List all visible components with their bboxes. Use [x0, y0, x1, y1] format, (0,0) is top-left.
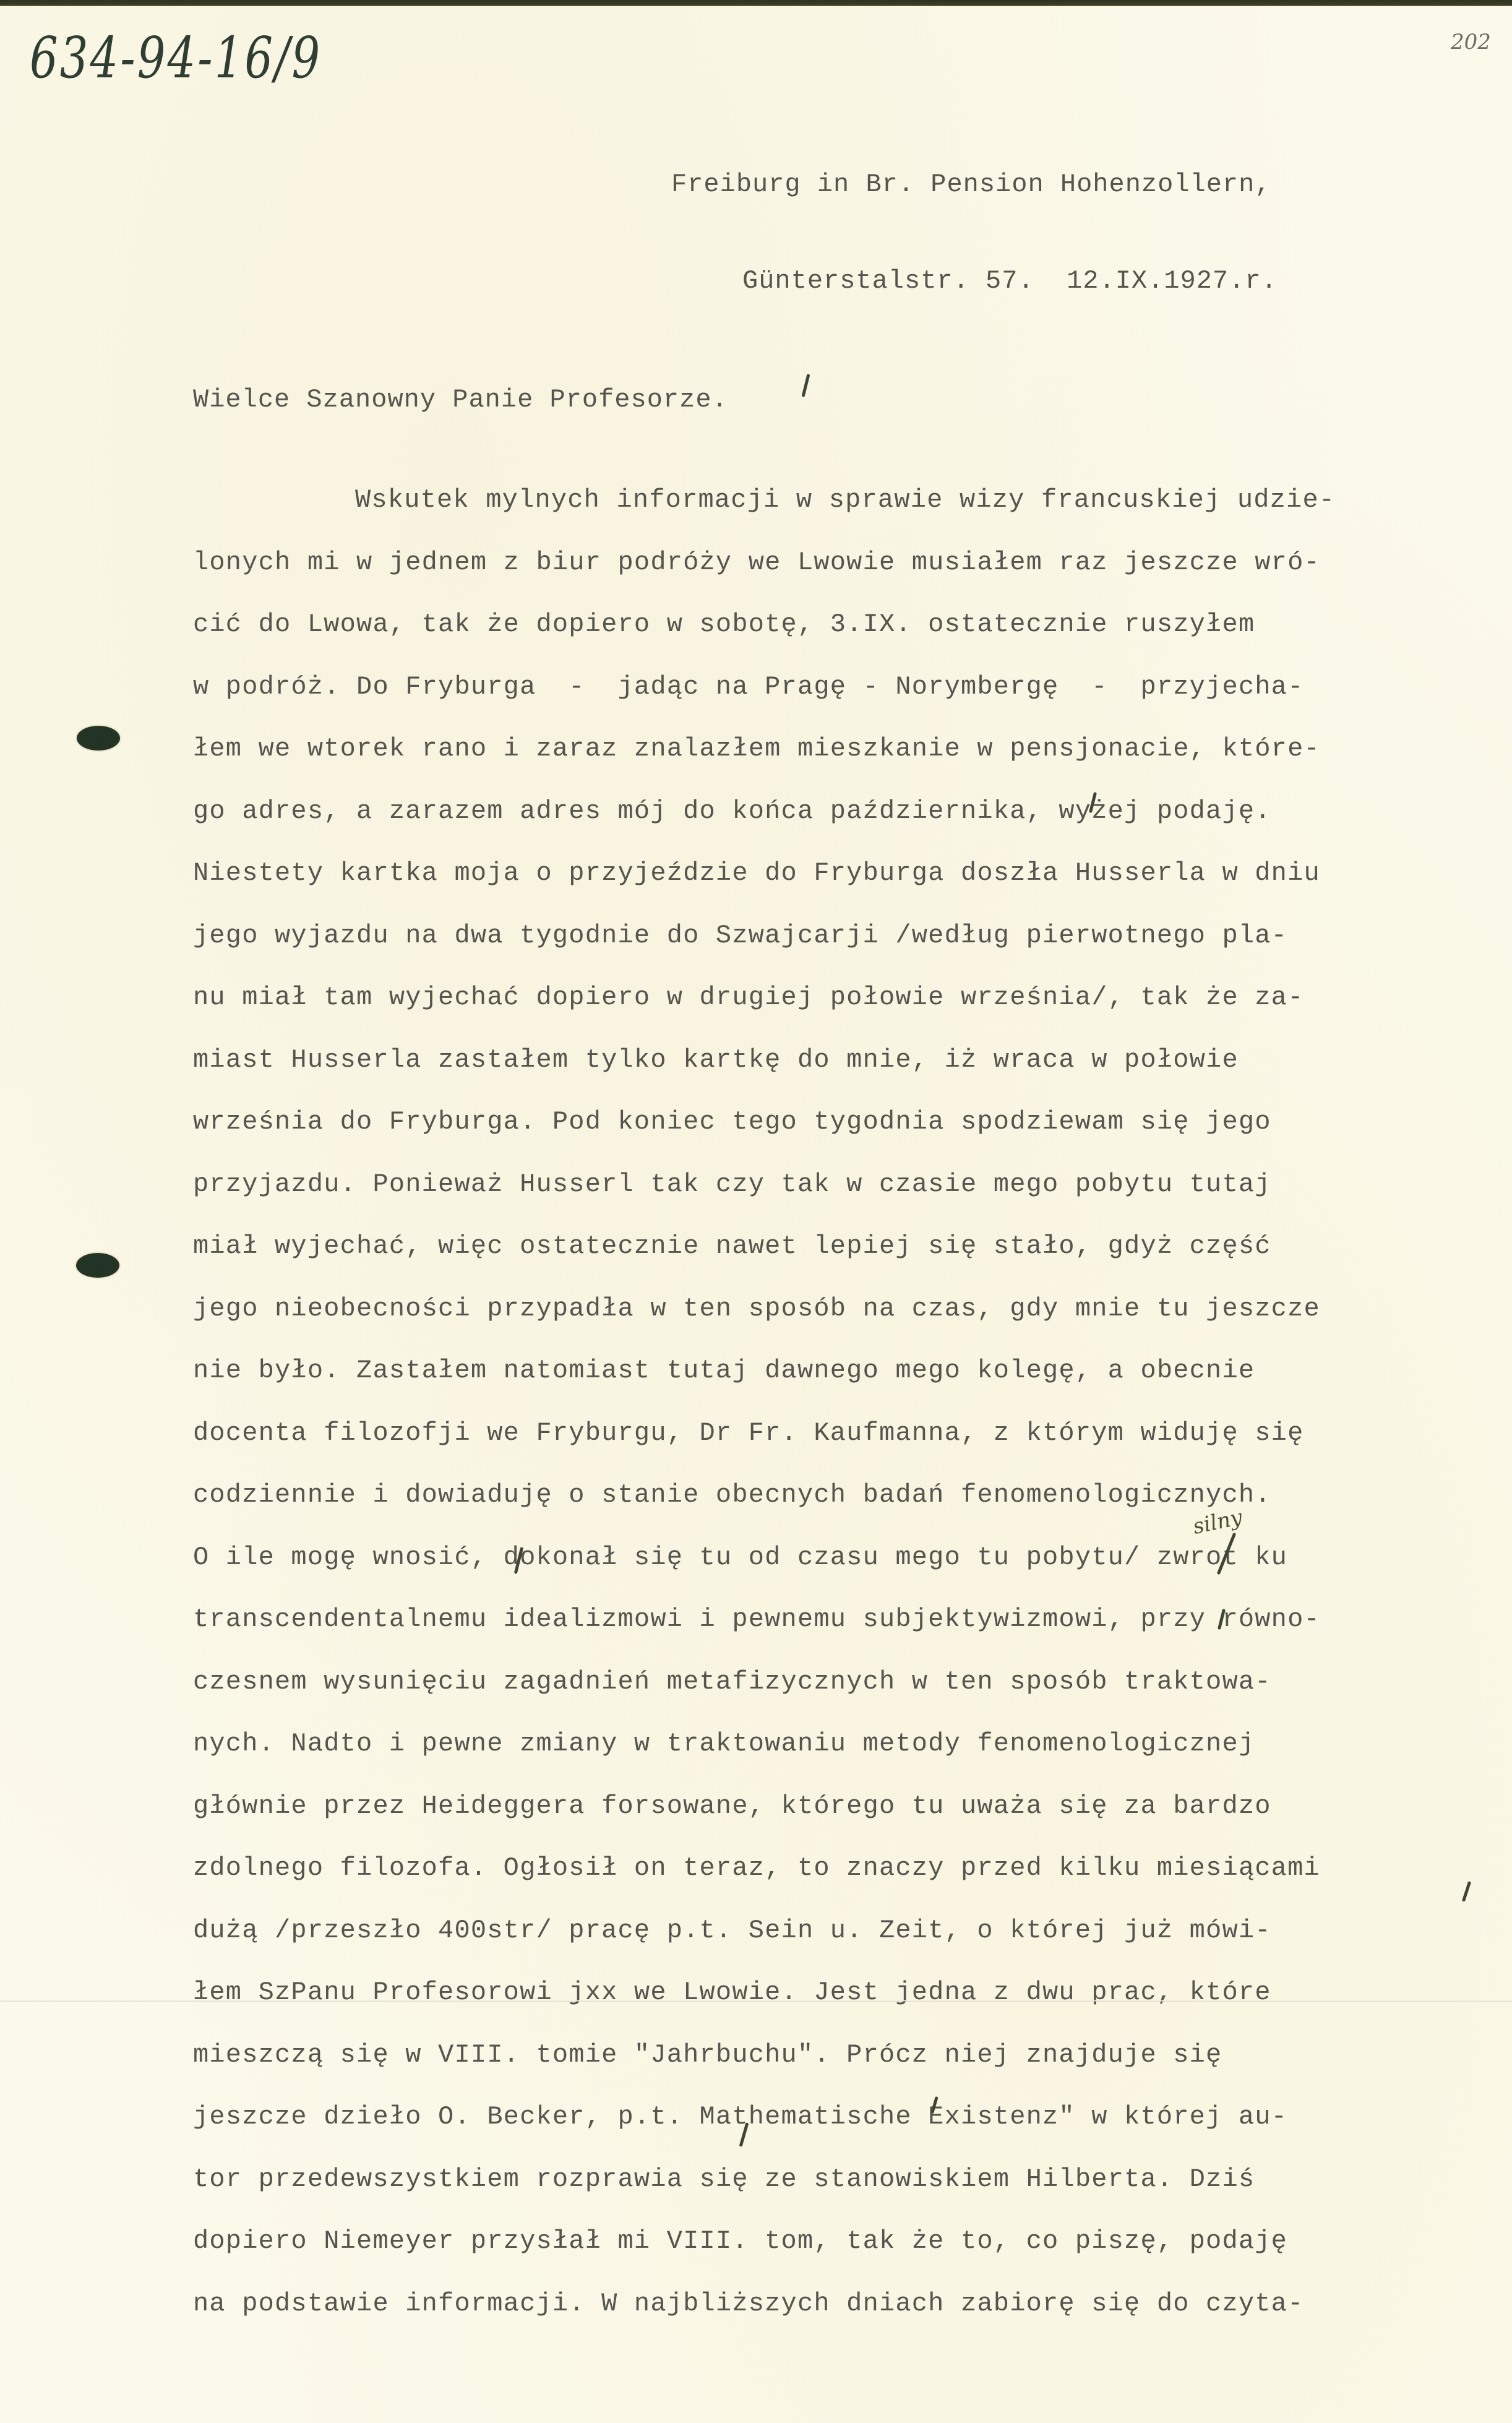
body-line: tor przedewszystkiem rozprawia się ze st…	[193, 2161, 1480, 2223]
body-line: miast Husserla zastałem tylko kartkę do …	[193, 1041, 1480, 1104]
paper-fold	[0, 2000, 1512, 2002]
body-line: dopiero Niemeyer przysłał mi VIII. tom, …	[193, 2223, 1480, 2285]
header-address: Freiburg in Br. Pension Hohenzollern,	[671, 168, 1278, 200]
body-line: łem we wtorek rano i zaraz znalazłem mie…	[193, 730, 1480, 793]
body-line: Wskutek mylnych informacji w sprawie wiz…	[193, 481, 1480, 544]
salutation: Wielce Szanowny Panie Profesorze.	[193, 385, 728, 415]
body-line: nych. Nadto i pewne zmiany w traktowaniu…	[193, 1725, 1480, 1788]
body-line: go adres, a zarazem adres mój do końca p…	[193, 793, 1480, 855]
punch-hole-top	[77, 726, 120, 751]
body-line: jego nieobecności przypadła w ten sposób…	[193, 1290, 1480, 1353]
body-line: Niestety kartka moja o przyjeździe do Fr…	[193, 854, 1480, 917]
body-line: na podstawie informacji. W najbliższych …	[193, 2285, 1480, 2348]
body-line: łem SzPanu Profesorowi jxx we Lwowie. Je…	[193, 1974, 1480, 2036]
body-line: docenta filozofji we Fryburgu, Dr Fr. Ka…	[193, 1414, 1480, 1477]
body-line: transcendentalnemu idealizmowi i pewnemu…	[193, 1601, 1480, 1663]
body-line: dużą /przeszło 400str/ pracę p.t. Sein u…	[193, 1912, 1480, 1974]
body-line: codziennie i dowiaduję o stanie obecnych…	[193, 1476, 1480, 1539]
body-line: zdolnego filozofa. Ogłosił on teraz, to …	[193, 1849, 1480, 1912]
body-line: jeszcze dzieło O. Becker, p.t. Mathemati…	[193, 2098, 1480, 2161]
body-line: nu miał tam wyjechać dopiero w drugiej p…	[193, 979, 1480, 1041]
body-line: cić do Lwowa, tak że dopiero w sobotę, 3…	[193, 606, 1480, 668]
body-line: przyjazdu. Ponieważ Husserl tak czy tak …	[193, 1166, 1480, 1228]
body-line: czesnem wysunięciu zagadnień metafizyczn…	[193, 1663, 1480, 1726]
punch-hole-bottom	[76, 1253, 119, 1278]
letter-body: Wskutek mylnych informacji w sprawie wiz…	[193, 481, 1480, 2347]
body-line: lonych mi w jednem z biur podróży we Lwo…	[193, 544, 1480, 606]
page-number: 202	[1451, 30, 1491, 54]
body-line: w podróż. Do Fryburga - jadąc na Pragę -…	[193, 668, 1480, 731]
scan-border	[0, 0, 1512, 6]
body-line: miał wyjechać, więc ostatecznie nawet le…	[193, 1228, 1480, 1290]
body-line: głównie przez Heideggera forsowane, któr…	[193, 1788, 1480, 1850]
body-line: nie było. Zastałem natomiast tutaj dawne…	[193, 1352, 1480, 1414]
letter-header: Freiburg in Br. Pension Hohenzollern, Gü…	[671, 104, 1278, 329]
body-line: jego wyjazdu na dwa tygodnie do Szwajcar…	[193, 917, 1480, 979]
header-date: Günterstalstr. 57. 12.IX.1927.r.	[671, 265, 1278, 297]
body-line: mieszczą się w VIII. tomie "Jahrbuchu". …	[193, 2036, 1480, 2099]
archive-signature: 634-94-16/9	[30, 25, 322, 91]
body-line: O ile mogę wnosić, dokonał się tu od cza…	[193, 1539, 1480, 1601]
body-line: września do Fryburga. Pod koniec tego ty…	[193, 1103, 1480, 1166]
